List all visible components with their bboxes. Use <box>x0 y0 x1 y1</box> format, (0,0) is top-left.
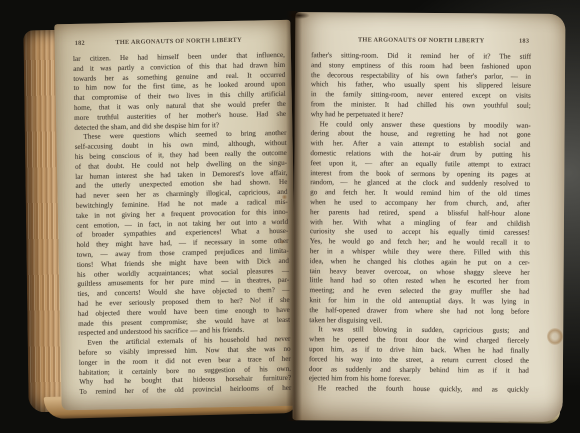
left-page-content: 182 THE ARGONAUTS OF NORTH LIBERTY lar c… <box>54 20 297 410</box>
right-page: THE ARGONAUTS OF NORTH LIBERTY 183 fathe… <box>293 12 566 422</box>
left-page-text: lar citizen. He had himself been under t… <box>73 51 292 398</box>
left-page-header: 182 THE ARGONAUTS OF NORTH LIBERTY <box>73 36 285 50</box>
left-page: 182 THE ARGONAUTS OF NORTH LIBERTY lar c… <box>54 20 297 410</box>
running-title-right: THE ARGONAUTS OF NORTH LIBERTY <box>311 36 531 45</box>
page-number-right: 183 <box>519 38 529 45</box>
right-page-text: father's sitting-room. Did it remind her… <box>309 51 531 395</box>
foxing-stain <box>547 328 563 345</box>
gutter-smudge <box>288 12 310 19</box>
page-number-left: 182 <box>75 40 85 47</box>
running-title-left: THE ARGONAUTS OF NORTH LIBERTY <box>73 36 285 47</box>
foxing-spot <box>280 240 284 244</box>
text-line: He reached the fourth house quickly, and… <box>309 384 529 395</box>
right-page-content: THE ARGONAUTS OF NORTH LIBERTY 183 fathe… <box>293 12 566 422</box>
right-page-header: THE ARGONAUTS OF NORTH LIBERTY 183 <box>311 36 531 48</box>
foxing-spot <box>282 194 287 200</box>
